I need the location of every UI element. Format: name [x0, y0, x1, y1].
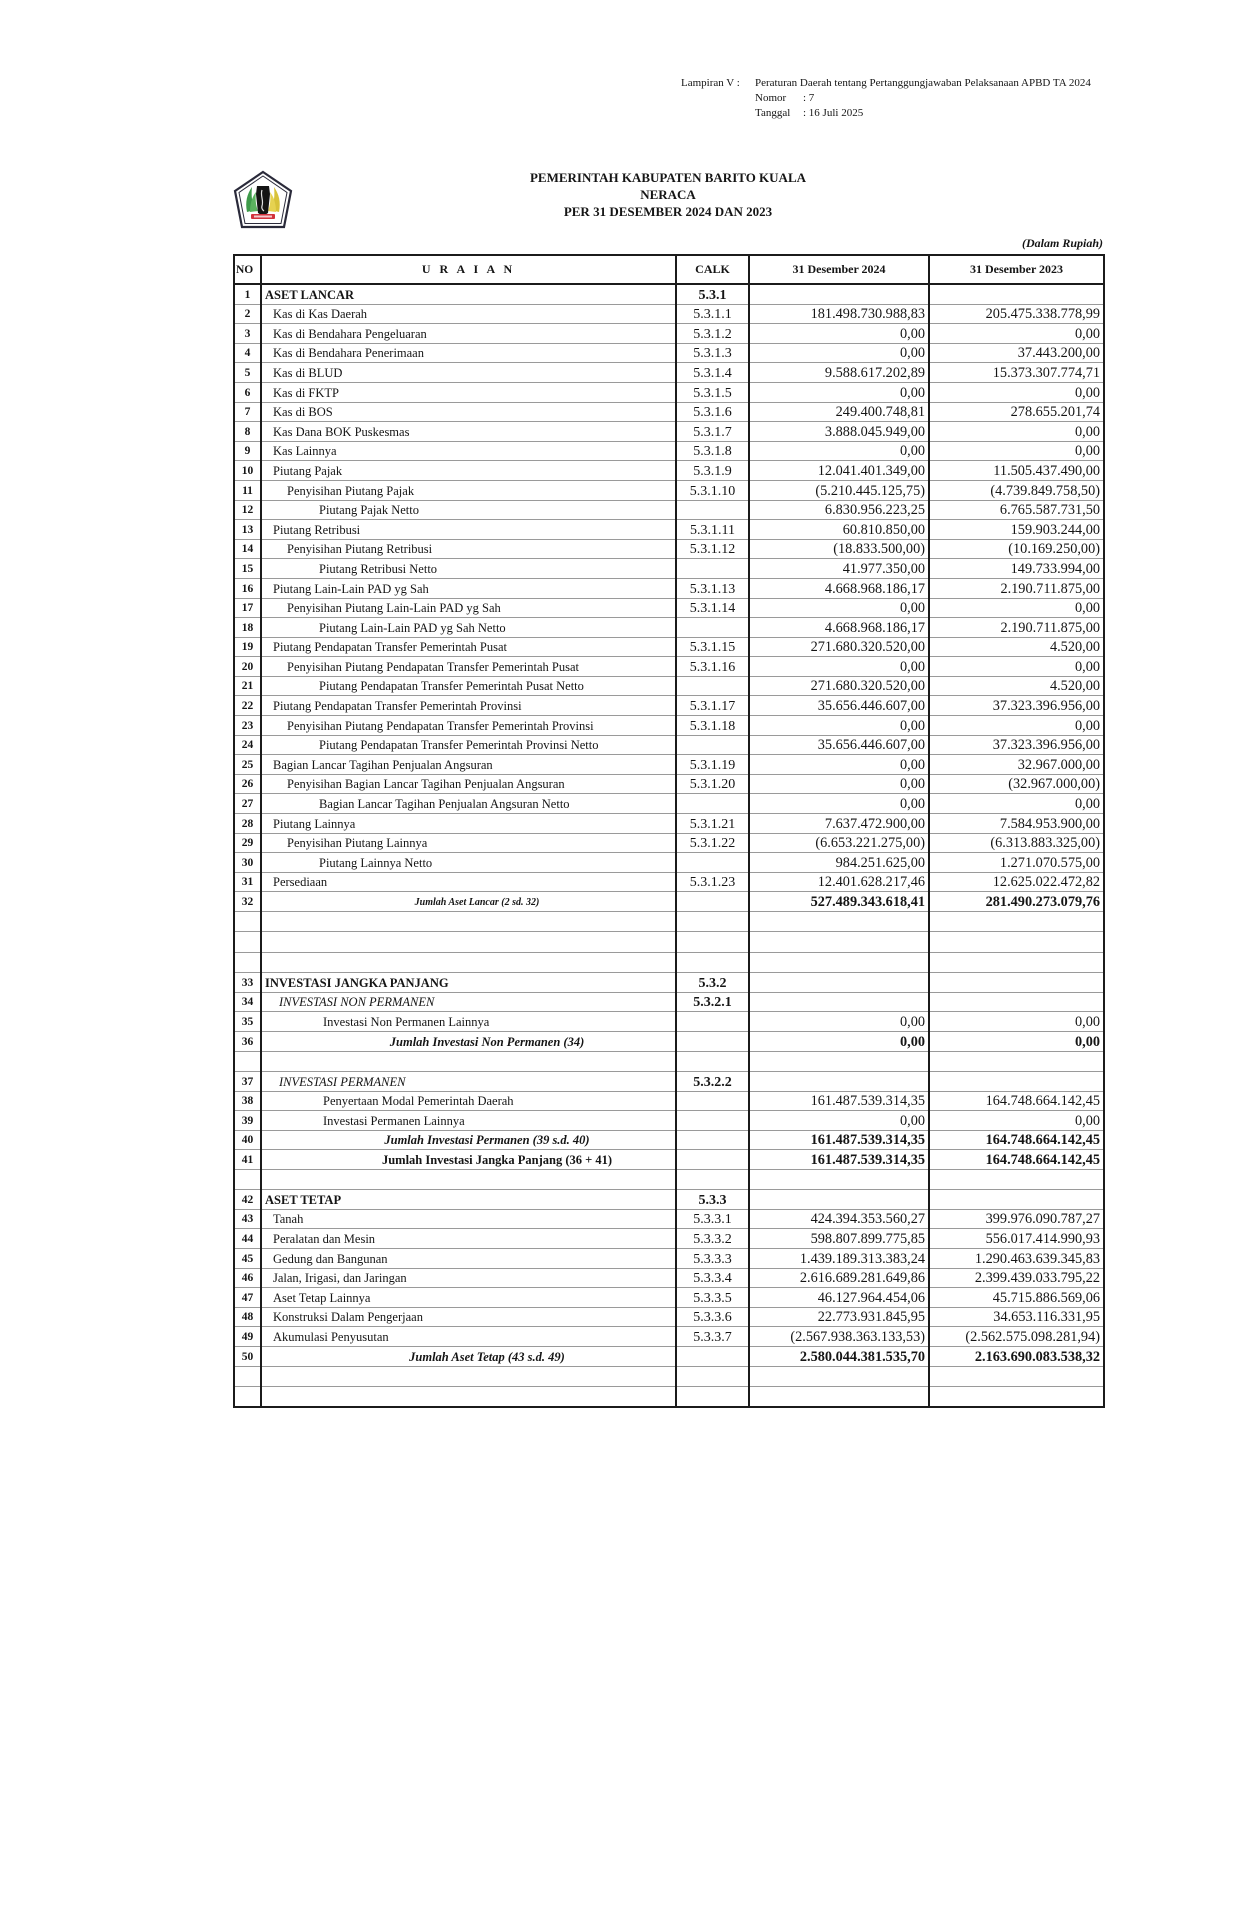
- table-row: 22Piutang Pendapatan Transfer Pemerintah…: [234, 696, 1104, 716]
- row-label: ASET TETAP: [261, 1190, 676, 1210]
- calk-reference: 5.3.1.10: [676, 480, 749, 500]
- row-label: Piutang Pendapatan Transfer Pemerintah P…: [261, 676, 676, 696]
- calk-reference: 5.3.3.6: [676, 1307, 749, 1327]
- table-row: 10Piutang Pajak5.3.1.912.041.401.349,001…: [234, 461, 1104, 481]
- number-label: Nomor: [755, 91, 803, 106]
- calk-reference: [676, 1150, 749, 1170]
- calk-reference: 5.3.1.14: [676, 598, 749, 618]
- row-number: 5: [234, 363, 261, 383]
- value-2024: 271.680.320.520,00: [749, 676, 929, 696]
- blank-row: [234, 1051, 1104, 1071]
- calk-reference: [676, 912, 749, 932]
- calk-reference: [676, 1130, 749, 1150]
- value-2023: 15.373.307.774,71: [929, 363, 1104, 383]
- value-2024: 35.656.446.607,00: [749, 696, 929, 716]
- value-2024: 0,00: [749, 382, 929, 402]
- value-2023: 2.190.711.875,00: [929, 618, 1104, 638]
- value-2023: 159.903.244,00: [929, 520, 1104, 540]
- value-2023: (10.169.250,00): [929, 539, 1104, 559]
- calk-reference: 5.3.3.4: [676, 1268, 749, 1288]
- value-2023: 32.967.000,00: [929, 755, 1104, 775]
- calk-reference: [676, 952, 749, 972]
- calk-reference: 5.3.1.19: [676, 755, 749, 775]
- value-2023: [929, 284, 1104, 304]
- value-2023: 2.399.439.033.795,22: [929, 1268, 1104, 1288]
- table-row: 38Penyertaan Modal Pemerintah Daerah161.…: [234, 1091, 1104, 1111]
- table-row: 43Tanah5.3.3.1424.394.353.560,27399.976.…: [234, 1209, 1104, 1229]
- row-label: Jalan, Irigasi, dan Jaringan: [261, 1268, 676, 1288]
- calk-reference: 5.3.1.8: [676, 441, 749, 461]
- value-2023: 278.655.201,74: [929, 402, 1104, 422]
- value-2023: 2.190.711.875,00: [929, 578, 1104, 598]
- value-2023: 149.733.994,00: [929, 559, 1104, 579]
- table-row: 49Akumulasi Penyusutan5.3.3.7(2.567.938.…: [234, 1327, 1104, 1347]
- table-row: 42ASET TETAP5.3.3: [234, 1190, 1104, 1210]
- row-label: [261, 1051, 676, 1071]
- value-2024: (6.653.221.275,00): [749, 833, 929, 853]
- calk-reference: [676, 932, 749, 952]
- row-number: 15: [234, 559, 261, 579]
- value-2024: [749, 973, 929, 993]
- row-label: Kas di Bendahara Pengeluaran: [261, 324, 676, 344]
- row-number: 17: [234, 598, 261, 618]
- value-2024: 0,00: [749, 716, 929, 736]
- value-2024: 3.888.045.949,00: [749, 422, 929, 442]
- row-number: 11: [234, 480, 261, 500]
- calk-reference: 5.3.2.1: [676, 992, 749, 1012]
- calk-reference: [676, 676, 749, 696]
- row-number: 14: [234, 539, 261, 559]
- value-2023: 4.520,00: [929, 676, 1104, 696]
- row-number: 34: [234, 992, 261, 1012]
- calk-reference: [676, 853, 749, 873]
- value-2024: 0,00: [749, 1012, 929, 1032]
- value-2024: 6.830.956.223,25: [749, 500, 929, 520]
- table-row: 11Penyisihan Piutang Pajak5.3.1.10(5.210…: [234, 480, 1104, 500]
- row-number: 2: [234, 304, 261, 324]
- row-number: 26: [234, 774, 261, 794]
- row-label: Konstruksi Dalam Pengerjaan: [261, 1307, 676, 1327]
- table-row: 39Investasi Permanen Lainnya0,000,00: [234, 1111, 1104, 1131]
- row-label: [261, 1366, 676, 1386]
- row-number: 3: [234, 324, 261, 344]
- calk-reference: 5.3.1.16: [676, 657, 749, 677]
- value-2024: 249.400.748,81: [749, 402, 929, 422]
- value-2024: 181.498.730.988,83: [749, 304, 929, 324]
- table-row: 13Piutang Retribusi5.3.1.1160.810.850,00…: [234, 520, 1104, 540]
- calk-reference: [676, 1031, 749, 1051]
- row-number: 22: [234, 696, 261, 716]
- table-row: 45Gedung dan Bangunan5.3.3.31.439.189.31…: [234, 1249, 1104, 1269]
- row-label: Kas Dana BOK Puskesmas: [261, 422, 676, 442]
- row-label: Jumlah Investasi Jangka Panjang (36 + 41…: [261, 1150, 676, 1170]
- table-row: 18Piutang Lain-Lain PAD yg Sah Netto4.66…: [234, 618, 1104, 638]
- calk-reference: [676, 500, 749, 520]
- value-2024: 598.807.899.775,85: [749, 1229, 929, 1249]
- calk-reference: 5.3.1.23: [676, 872, 749, 892]
- value-2023: 37.323.396.956,00: [929, 696, 1104, 716]
- regulation-title: Peraturan Daerah tentang Pertanggungjawa…: [755, 76, 1091, 91]
- calk-reference: 5.3.3: [676, 1190, 749, 1210]
- row-label: Penyisihan Piutang Lainnya: [261, 833, 676, 853]
- row-label: Piutang Lainnya Netto: [261, 853, 676, 873]
- attachment-label: Lampiran V :: [681, 76, 755, 91]
- row-number: 18: [234, 618, 261, 638]
- value-2023: 164.748.664.142,45: [929, 1130, 1104, 1150]
- table-row: 2Kas di Kas Daerah5.3.1.1181.498.730.988…: [234, 304, 1104, 324]
- row-number: 24: [234, 735, 261, 755]
- table-row: 5Kas di BLUD5.3.1.49.588.617.202,8915.37…: [234, 363, 1104, 383]
- value-2023: 0,00: [929, 324, 1104, 344]
- table-row: 17Penyisihan Piutang Lain-Lain PAD yg Sa…: [234, 598, 1104, 618]
- value-2023: [929, 992, 1104, 1012]
- table-row: 44Peralatan dan Mesin5.3.3.2598.807.899.…: [234, 1229, 1104, 1249]
- value-2023: 0,00: [929, 1031, 1104, 1051]
- row-label: [261, 952, 676, 972]
- table-row: 20Penyisihan Piutang Pendapatan Transfer…: [234, 657, 1104, 677]
- value-2023: [929, 952, 1104, 972]
- row-number: 4: [234, 343, 261, 363]
- calk-reference: [676, 1347, 749, 1367]
- table-row: 14Penyisihan Piutang Retribusi5.3.1.12(1…: [234, 539, 1104, 559]
- row-number: 35: [234, 1012, 261, 1032]
- calk-reference: 5.3.3.2: [676, 1229, 749, 1249]
- table-row: 9Kas Lainnya5.3.1.80,000,00: [234, 441, 1104, 461]
- blank-row: [234, 1366, 1104, 1386]
- value-2023: 0,00: [929, 422, 1104, 442]
- row-label: Investasi Permanen Lainnya: [261, 1111, 676, 1131]
- value-2023: 0,00: [929, 657, 1104, 677]
- value-2023: [929, 973, 1104, 993]
- calk-reference: 5.3.1.7: [676, 422, 749, 442]
- value-2023: [929, 1071, 1104, 1091]
- value-2023: (4.739.849.758,50): [929, 480, 1104, 500]
- value-2023: 0,00: [929, 716, 1104, 736]
- table-section: 1ASET LANCAR5.3.12Kas di Kas Daerah5.3.1…: [234, 284, 1104, 973]
- value-2024: [749, 1051, 929, 1071]
- value-2023: 205.475.338.778,99: [929, 304, 1104, 324]
- table-row: 16Piutang Lain-Lain PAD yg Sah5.3.1.134.…: [234, 578, 1104, 598]
- row-label: Jumlah Investasi Non Permanen (34): [261, 1031, 676, 1051]
- calk-reference: 5.3.1.20: [676, 774, 749, 794]
- row-label: Kas di Kas Daerah: [261, 304, 676, 324]
- value-2023: 1.271.070.575,00: [929, 853, 1104, 873]
- calk-reference: 5.3.1.18: [676, 716, 749, 736]
- table-row: 47Aset Tetap Lainnya5.3.3.546.127.964.45…: [234, 1288, 1104, 1308]
- table-row: 12Piutang Pajak Netto6.830.956.223,256.7…: [234, 500, 1104, 520]
- table-row: 30Piutang Lainnya Netto984.251.625,001.2…: [234, 853, 1104, 873]
- table-row: 48Konstruksi Dalam Pengerjaan5.3.3.622.7…: [234, 1307, 1104, 1327]
- row-label: Penyertaan Modal Pemerintah Daerah: [261, 1091, 676, 1111]
- table-row: 29Penyisihan Piutang Lainnya5.3.1.22(6.6…: [234, 833, 1104, 853]
- row-number: 19: [234, 637, 261, 657]
- value-2023: 4.520,00: [929, 637, 1104, 657]
- row-number: 27: [234, 794, 261, 814]
- row-label: INVESTASI PERMANEN: [261, 1071, 676, 1091]
- row-label: Kas di FKTP: [261, 382, 676, 402]
- currency-unit-note: (Dalam Rupiah): [1022, 236, 1103, 251]
- calk-reference: 5.3.1.3: [676, 343, 749, 363]
- row-number: 33: [234, 973, 261, 993]
- calk-reference: 5.3.1.6: [676, 402, 749, 422]
- value-2024: 0,00: [749, 1111, 929, 1131]
- value-2024: 161.487.539.314,35: [749, 1091, 929, 1111]
- calk-reference: [676, 618, 749, 638]
- row-number: 20: [234, 657, 261, 677]
- row-label: Persediaan: [261, 872, 676, 892]
- calk-reference: [676, 1366, 749, 1386]
- row-number: 36: [234, 1031, 261, 1051]
- value-2024: 2.616.689.281.649,86: [749, 1268, 929, 1288]
- row-number: 16: [234, 578, 261, 598]
- value-2024: 7.637.472.900,00: [749, 814, 929, 834]
- table-row: 26Penyisihan Bagian Lancar Tagihan Penju…: [234, 774, 1104, 794]
- table-header-row: NO U R A I A N CALK 31 Desember 2024 31 …: [234, 255, 1104, 284]
- table-row: 21Piutang Pendapatan Transfer Pemerintah…: [234, 676, 1104, 696]
- table-section: 33INVESTASI JANGKA PANJANG5.3.234INVESTA…: [234, 973, 1104, 1072]
- row-label: Aset Tetap Lainnya: [261, 1288, 676, 1308]
- row-number: 43: [234, 1209, 261, 1229]
- row-label: Penyisihan Piutang Pendapatan Transfer P…: [261, 716, 676, 736]
- table-row: 33INVESTASI JANGKA PANJANG5.3.2: [234, 973, 1104, 993]
- value-2024: 0,00: [749, 1031, 929, 1051]
- row-label: Penyisihan Piutang Lain-Lain PAD yg Sah: [261, 598, 676, 618]
- row-label: [261, 1387, 676, 1408]
- value-2024: 60.810.850,00: [749, 520, 929, 540]
- row-number: 29: [234, 833, 261, 853]
- row-number: 50: [234, 1347, 261, 1367]
- table-row: 24Piutang Pendapatan Transfer Pemerintah…: [234, 735, 1104, 755]
- table-row: 8Kas Dana BOK Puskesmas5.3.1.73.888.045.…: [234, 422, 1104, 442]
- row-label: [261, 912, 676, 932]
- calk-reference: [676, 1012, 749, 1032]
- table-row: 1ASET LANCAR5.3.1: [234, 284, 1104, 304]
- value-2023: [929, 1366, 1104, 1386]
- calk-reference: 5.3.1.13: [676, 578, 749, 598]
- value-2024: 0,00: [749, 441, 929, 461]
- value-2024: 527.489.343.618,41: [749, 892, 929, 912]
- calk-reference: [676, 1387, 749, 1408]
- value-2023: [929, 912, 1104, 932]
- row-number: [234, 952, 261, 972]
- column-header-calk: CALK: [676, 255, 749, 284]
- column-header-2023: 31 Desember 2023: [929, 255, 1104, 284]
- table-row: 40Jumlah Investasi Permanen (39 s.d. 40)…: [234, 1130, 1104, 1150]
- calk-reference: 5.3.3.7: [676, 1327, 749, 1347]
- row-label: Penyisihan Piutang Retribusi: [261, 539, 676, 559]
- row-number: 25: [234, 755, 261, 775]
- calk-reference: 5.3.3.1: [676, 1209, 749, 1229]
- date-value: : 16 Juli 2025: [803, 106, 863, 121]
- row-label: Jumlah Aset Lancar (2 sd. 32): [261, 892, 676, 912]
- value-2023: (2.562.575.098.281,94): [929, 1327, 1104, 1347]
- calk-reference: 5.3.1.15: [676, 637, 749, 657]
- value-2023: 11.505.437.490,00: [929, 461, 1104, 481]
- row-number: 12: [234, 500, 261, 520]
- table-row: 37INVESTASI PERMANEN5.3.2.2: [234, 1071, 1104, 1091]
- row-number: 9: [234, 441, 261, 461]
- value-2023: (32.967.000,00): [929, 774, 1104, 794]
- value-2024: [749, 912, 929, 932]
- row-number: 7: [234, 402, 261, 422]
- row-label: Bagian Lancar Tagihan Penjualan Angsuran: [261, 755, 676, 775]
- value-2024: [749, 1366, 929, 1386]
- row-label: Gedung dan Bangunan: [261, 1249, 676, 1269]
- row-number: 44: [234, 1229, 261, 1249]
- calk-reference: [676, 1091, 749, 1111]
- table-row: 7Kas di BOS5.3.1.6249.400.748,81278.655.…: [234, 402, 1104, 422]
- value-2023: 0,00: [929, 1012, 1104, 1032]
- value-2023: [929, 1190, 1104, 1210]
- attachment-reference: Lampiran V : Peraturan Daerah tentang Pe…: [681, 76, 1091, 121]
- value-2023: 0,00: [929, 1111, 1104, 1131]
- row-number: 31: [234, 872, 261, 892]
- row-number: 45: [234, 1249, 261, 1269]
- value-2024: 12.401.628.217,46: [749, 872, 929, 892]
- row-label: Piutang Retribusi: [261, 520, 676, 540]
- row-label: Piutang Lain-Lain PAD yg Sah Netto: [261, 618, 676, 638]
- table-row: 15Piutang Retribusi Netto41.977.350,0014…: [234, 559, 1104, 579]
- row-label: Kas Lainnya: [261, 441, 676, 461]
- row-label: Peralatan dan Mesin: [261, 1229, 676, 1249]
- calk-reference: 5.3.1.2: [676, 324, 749, 344]
- row-label: Jumlah Investasi Permanen (39 s.d. 40): [261, 1130, 676, 1150]
- row-number: 6: [234, 382, 261, 402]
- row-number: 39: [234, 1111, 261, 1131]
- value-2024: 161.487.539.314,35: [749, 1150, 929, 1170]
- value-2024: 0,00: [749, 343, 929, 363]
- value-2023: [929, 1169, 1104, 1189]
- row-number: 30: [234, 853, 261, 873]
- row-label: Tanah: [261, 1209, 676, 1229]
- value-2024: 41.977.350,00: [749, 559, 929, 579]
- row-number: 1: [234, 284, 261, 304]
- row-number: 47: [234, 1288, 261, 1308]
- value-2024: 0,00: [749, 657, 929, 677]
- value-2023: [929, 1387, 1104, 1408]
- row-number: 21: [234, 676, 261, 696]
- row-number: 41: [234, 1150, 261, 1170]
- value-2024: [749, 992, 929, 1012]
- value-2024: 0,00: [749, 324, 929, 344]
- document-heading: PEMERINTAH KABUPATEN BARITO KUALA NERACA…: [233, 169, 1103, 220]
- row-label: Piutang Pajak Netto: [261, 500, 676, 520]
- table-row: 34INVESTASI NON PERMANEN5.3.2.1: [234, 992, 1104, 1012]
- value-2024: (18.833.500,00): [749, 539, 929, 559]
- table-row: 28Piutang Lainnya5.3.1.217.637.472.900,0…: [234, 814, 1104, 834]
- table-row: 27Bagian Lancar Tagihan Penjualan Angsur…: [234, 794, 1104, 814]
- calk-reference: 5.3.1.5: [676, 382, 749, 402]
- value-2023: 6.765.587.731,50: [929, 500, 1104, 520]
- table-row: 23Penyisihan Piutang Pendapatan Transfer…: [234, 716, 1104, 736]
- value-2024: 984.251.625,00: [749, 853, 929, 873]
- table-section: 37INVESTASI PERMANEN5.3.2.238Penyertaan …: [234, 1071, 1104, 1189]
- value-2024: 46.127.964.454,06: [749, 1288, 929, 1308]
- row-label: Kas di BOS: [261, 402, 676, 422]
- number-value: : 7: [803, 91, 814, 106]
- organization-name: PEMERINTAH KABUPATEN BARITO KUALA: [233, 169, 1103, 186]
- row-number: 23: [234, 716, 261, 736]
- value-2024: 22.773.931.845,95: [749, 1307, 929, 1327]
- row-label: Piutang Pajak: [261, 461, 676, 481]
- row-label: Investasi Non Permanen Lainnya: [261, 1012, 676, 1032]
- row-number: [234, 1051, 261, 1071]
- row-label: INVESTASI NON PERMANEN: [261, 992, 676, 1012]
- value-2024: 0,00: [749, 598, 929, 618]
- table-row: 41Jumlah Investasi Jangka Panjang (36 + …: [234, 1150, 1104, 1170]
- calk-reference: 5.3.1.22: [676, 833, 749, 853]
- date-label: Tanggal: [755, 106, 803, 121]
- row-label: Jumlah Aset Tetap (43 s.d. 49): [261, 1347, 676, 1367]
- calk-reference: 5.3.1.12: [676, 539, 749, 559]
- blank-row: [234, 952, 1104, 972]
- table-row: 31Persediaan5.3.1.2312.401.628.217,4612.…: [234, 872, 1104, 892]
- value-2023: 34.653.116.331,95: [929, 1307, 1104, 1327]
- calk-reference: 5.3.1.9: [676, 461, 749, 481]
- calk-reference: 5.3.3.3: [676, 1249, 749, 1269]
- calk-reference: 5.3.1.11: [676, 520, 749, 540]
- value-2024: 4.668.968.186,17: [749, 618, 929, 638]
- table-row: 25Bagian Lancar Tagihan Penjualan Angsur…: [234, 755, 1104, 775]
- value-2023: 399.976.090.787,27: [929, 1209, 1104, 1229]
- blank-row: [234, 1387, 1104, 1408]
- balance-sheet-table: NO U R A I A N CALK 31 Desember 2024 31 …: [233, 254, 1105, 1408]
- row-number: [234, 1387, 261, 1408]
- row-label: ASET LANCAR: [261, 284, 676, 304]
- row-label: Piutang Retribusi Netto: [261, 559, 676, 579]
- value-2023: 2.163.690.083.538,32: [929, 1347, 1104, 1367]
- value-2024: 271.680.320.520,00: [749, 637, 929, 657]
- row-label: Akumulasi Penyusutan: [261, 1327, 676, 1347]
- blank-row: [234, 932, 1104, 952]
- row-label: Piutang Pendapatan Transfer Pemerintah P…: [261, 735, 676, 755]
- row-label: Penyisihan Bagian Lancar Tagihan Penjual…: [261, 774, 676, 794]
- calk-reference: [676, 735, 749, 755]
- calk-reference: 5.3.1.21: [676, 814, 749, 834]
- value-2023: 37.443.200,00: [929, 343, 1104, 363]
- row-label: Bagian Lancar Tagihan Penjualan Angsuran…: [261, 794, 676, 814]
- value-2024: 0,00: [749, 774, 929, 794]
- table-row: 3Kas di Bendahara Pengeluaran5.3.1.20,00…: [234, 324, 1104, 344]
- value-2024: 9.588.617.202,89: [749, 363, 929, 383]
- table-row: 35Investasi Non Permanen Lainnya0,000,00: [234, 1012, 1104, 1032]
- value-2023: 0,00: [929, 598, 1104, 618]
- row-number: [234, 1169, 261, 1189]
- value-2024: 424.394.353.560,27: [749, 1209, 929, 1229]
- value-2024: 12.041.401.349,00: [749, 461, 929, 481]
- calk-reference: 5.3.1: [676, 284, 749, 304]
- value-2023: 0,00: [929, 794, 1104, 814]
- row-number: [234, 1366, 261, 1386]
- row-number: 38: [234, 1091, 261, 1111]
- row-label: Kas di BLUD: [261, 363, 676, 383]
- calk-reference: 5.3.2.2: [676, 1071, 749, 1091]
- row-number: 40: [234, 1130, 261, 1150]
- value-2023: 164.748.664.142,45: [929, 1150, 1104, 1170]
- value-2024: 0,00: [749, 794, 929, 814]
- table-row: 19Piutang Pendapatan Transfer Pemerintah…: [234, 637, 1104, 657]
- value-2023: 12.625.022.472,82: [929, 872, 1104, 892]
- row-number: 28: [234, 814, 261, 834]
- row-label: [261, 1169, 676, 1189]
- value-2023: 7.584.953.900,00: [929, 814, 1104, 834]
- value-2024: [749, 1071, 929, 1091]
- value-2023: 1.290.463.639.345,83: [929, 1249, 1104, 1269]
- value-2024: [749, 952, 929, 972]
- row-number: 49: [234, 1327, 261, 1347]
- value-2023: 37.323.396.956,00: [929, 735, 1104, 755]
- reporting-period: PER 31 DESEMBER 2024 DAN 2023: [233, 203, 1103, 220]
